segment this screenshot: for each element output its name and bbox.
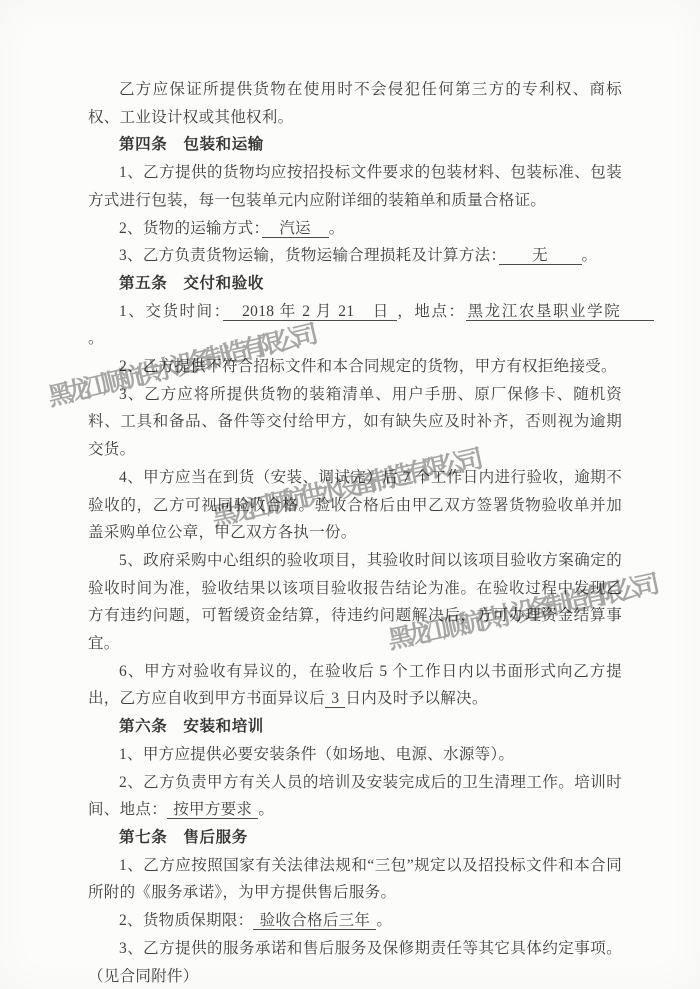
contract-page: 乙方应保证所提供货物在使用时不会侵犯任何第三方的专利权、商标权、工业设计权或其他… — [0, 0, 700, 989]
clause-heading: 第六条 安装和培训 — [88, 713, 622, 741]
text-run: 。 — [329, 220, 345, 237]
text-run: 1、交货时间： — [119, 303, 223, 320]
clause-paragraph: 3、乙方提供的服务承诺和售后服务及保修期责任等其它具体约定事项。（见合同附件） — [88, 935, 622, 989]
clause-paragraph: 2、货物的运输方式： 汽运 。 — [88, 215, 622, 243]
text-run: 5、政府采购中心组织的验收项目，其验收时间以该项目验收方案确定的验收时间为准，验… — [88, 552, 622, 652]
fill-in-value: 3 — [325, 690, 345, 708]
clause-paragraph: 2、货物质保期限： 验收合格后三年 。 — [88, 907, 622, 935]
text-run: 1、甲方应提供必要安装条件（如场地、电源、水源等）。 — [119, 746, 514, 763]
text-run: 1、乙方应按照国家有关法律法规和“三包”规定以及招投标文件和本合同所附的《服务承… — [88, 857, 622, 902]
text-run: ，地点： — [397, 303, 465, 320]
clause-paragraph: 3、乙方应将所提供货物的装箱清单、用户手册、原厂保修卡、随机资料、工具和备品、备… — [88, 381, 622, 464]
text-run: 。 — [258, 801, 274, 818]
fill-in-value: 验收合格后三年 — [253, 912, 376, 930]
clause-paragraph: 1、乙方提供的货物均应按招投标文件要求的包装材料、包装标准、包装方式进行包装，每… — [88, 159, 622, 214]
document-body: 乙方应保证所提供货物在使用时不会侵犯任何第三方的专利权、商标权、工业设计权或其他… — [0, 0, 700, 989]
clause-paragraph: 乙方应保证所提供货物在使用时不会侵犯任何第三方的专利权、商标权、工业设计权或其他… — [88, 76, 622, 131]
text-run: 4、甲方应当在到货（安装、调试完）后 7 个工作日内进行验收，逾期不验收的，乙方… — [88, 469, 622, 541]
clause-paragraph: 4、甲方应当在到货（安装、调试完）后 7 个工作日内进行验收，逾期不验收的，乙方… — [88, 464, 622, 547]
text-run: 2、货物质保期限： — [119, 912, 253, 929]
fill-in-value: 黑龙江农垦职业学院 — [466, 303, 654, 321]
text-run: 第六条 安装和培训 — [119, 718, 264, 735]
text-run: 。 — [582, 247, 598, 264]
fill-in-value: 2018 年 2 月 21 日 — [223, 303, 397, 321]
clause-paragraph: 5、政府采购中心组织的验收项目，其验收时间以该项目验收方案确定的验收时间为准，验… — [88, 547, 622, 658]
text-run: 3、乙方提供的服务承诺和售后服务及保修期责任等其它具体约定事项。（见合同附件） — [88, 940, 622, 985]
text-run: 3、乙方应将所提供货物的装箱清单、用户手册、原厂保修卡、随机资料、工具和备品、备… — [88, 386, 622, 458]
text-run: 第五条 交付和验收 — [119, 275, 264, 292]
clause-paragraph: 2、乙方提供不符合招标文件和本合同规定的货物，甲方有权拒绝接受。 — [88, 353, 622, 381]
text-run: 。 — [88, 330, 104, 347]
fill-in-value: 汽运 — [262, 220, 329, 238]
clause-paragraph: 1、甲方应提供必要安装条件（如场地、电源、水源等）。 — [88, 741, 622, 769]
text-run: 2、乙方提供不符合招标文件和本合同规定的货物，甲方有权拒绝接受。 — [119, 358, 617, 375]
text-run: 第七条 售后服务 — [119, 829, 248, 846]
text-run: 2、货物的运输方式： — [119, 220, 262, 237]
clause-heading: 第七条 售后服务 — [88, 824, 622, 852]
fill-in-value: 无 — [499, 247, 582, 265]
text-run: 第四条 包装和运输 — [119, 136, 264, 153]
clause-paragraph: 3、乙方负责货物运输，货物运输合理损耗及计算方法： 无 。 — [88, 242, 622, 270]
text-run: 乙方应保证所提供货物在使用时不会侵犯任何第三方的专利权、商标权、工业设计权或其他… — [88, 81, 622, 126]
clause-paragraph: 6、甲方对验收有异议的，在验收后 5 个工作日内以书面形式向乙方提出，乙方应自收… — [88, 658, 622, 713]
text-run: 。 — [376, 912, 392, 929]
fill-in-value: 按甲方要求 — [167, 801, 258, 819]
clause-paragraph: 1、交货时间： 2018 年 2 月 21 日 ，地点：黑龙江农垦职业学院 。 — [88, 298, 622, 353]
clause-paragraph: 1、乙方应按照国家有关法律法规和“三包”规定以及招投标文件和本合同所附的《服务承… — [88, 852, 622, 907]
text-run: 1、乙方提供的货物均应按招投标文件要求的包装材料、包装标准、包装方式进行包装，每… — [88, 164, 622, 209]
clause-heading: 第四条 包装和运输 — [88, 131, 622, 159]
text-run: 3、乙方负责货物运输，货物运输合理损耗及计算方法： — [119, 247, 499, 264]
text-run: 日内及时予以解决。 — [345, 690, 487, 707]
clause-paragraph: 2、乙方负责甲方有关人员的培训及安装完成后的卫生清理工作。培训时间、地点： 按甲… — [88, 769, 622, 824]
clause-heading: 第五条 交付和验收 — [88, 270, 622, 298]
